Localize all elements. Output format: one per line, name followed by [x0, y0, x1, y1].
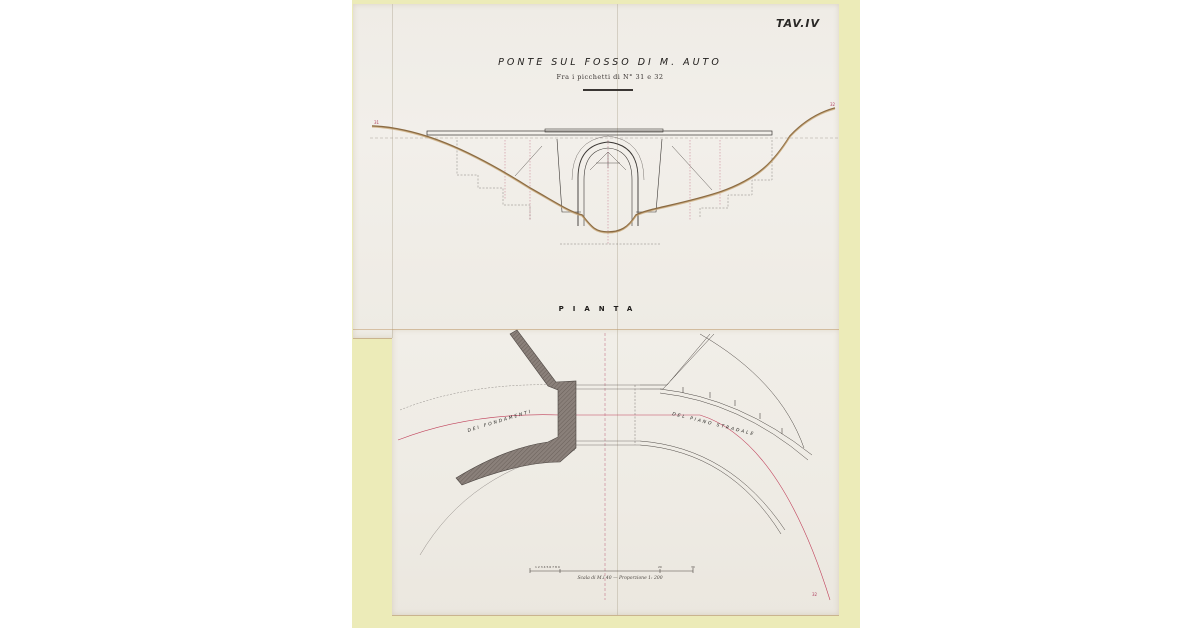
svg-text:30: 30	[691, 565, 695, 569]
svg-text:20: 20	[658, 565, 662, 569]
abutment-foundation-hatched	[456, 330, 576, 485]
svg-text:1 2 3 4 5 6 7 8 9: 1 2 3 4 5 6 7 8 9	[535, 565, 560, 569]
bridge-plan-drawing: DEI FONDAMENTI DEL PIANO STRADALE 32 1 2…	[0, 0, 1200, 628]
plan-station-label: 32	[812, 592, 818, 597]
scale-caption: Scala di M.i 40 — Proporzione 1: 200	[560, 576, 680, 581]
foundations-arc-label: DEI FONDAMENTI	[467, 409, 533, 434]
road-level-arc-label: DEL PIANO STRADALE	[672, 411, 756, 437]
